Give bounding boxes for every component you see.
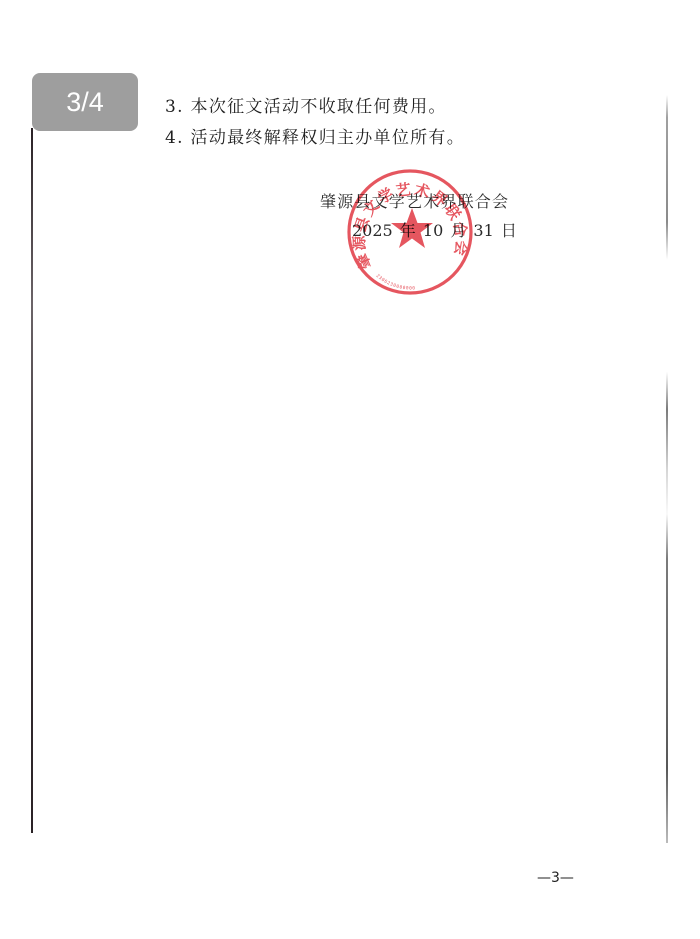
star-icon xyxy=(391,208,433,248)
page-indicator-badge: 3/4 xyxy=(32,73,138,131)
clause-4: 4. 活动最终解释权归主办单位所有。 xyxy=(165,123,465,148)
scan-edge-right xyxy=(666,95,668,843)
clause-3: 3. 本次征文活动不收取任何费用。 xyxy=(165,92,447,117)
page-indicator-text: 3/4 xyxy=(66,87,104,118)
page-number: —3— xyxy=(537,870,574,886)
seal-serial: 2306230000000 xyxy=(375,273,416,292)
official-seal: 肇源县文学艺术界联合会 2306230000000 xyxy=(346,168,474,296)
scan-edge-left xyxy=(31,128,33,833)
